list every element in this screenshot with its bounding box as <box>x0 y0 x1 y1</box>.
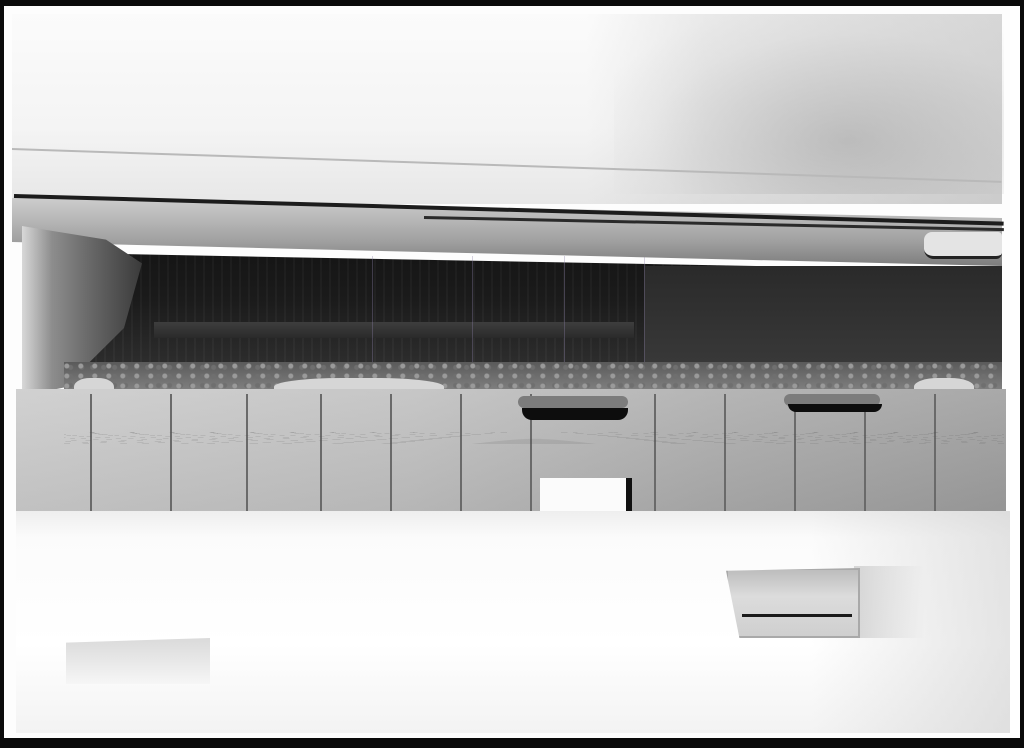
tile-seam <box>246 394 248 522</box>
slab-notch <box>66 638 210 684</box>
tile-seam <box>724 394 726 522</box>
film-streak <box>644 256 645 376</box>
recess-shadow <box>854 566 924 638</box>
tile-slot <box>788 404 882 412</box>
photograph <box>4 6 1020 738</box>
tile-seam <box>934 394 936 522</box>
wall-stain <box>614 14 1004 194</box>
square-recess <box>726 568 860 638</box>
film-streak <box>472 256 473 376</box>
photo-border <box>1010 6 1020 738</box>
tile-seam <box>654 394 656 522</box>
tile-seam <box>90 394 92 522</box>
tile-seam <box>794 394 796 522</box>
tile-slot <box>522 408 628 420</box>
tile-wear-line <box>64 432 1004 444</box>
cavity-back-wall <box>644 266 1002 376</box>
tile-seam <box>390 394 392 522</box>
tile-seam <box>320 394 322 522</box>
tile-seam <box>170 394 172 522</box>
film-streak <box>564 256 565 376</box>
tile-seam <box>460 394 462 522</box>
recess-bar <box>742 614 852 617</box>
tile-seam <box>864 394 866 522</box>
slot-lip <box>518 396 628 408</box>
lintel-fragment <box>924 232 1002 259</box>
inner-rail <box>154 322 634 338</box>
film-streak <box>372 256 373 376</box>
